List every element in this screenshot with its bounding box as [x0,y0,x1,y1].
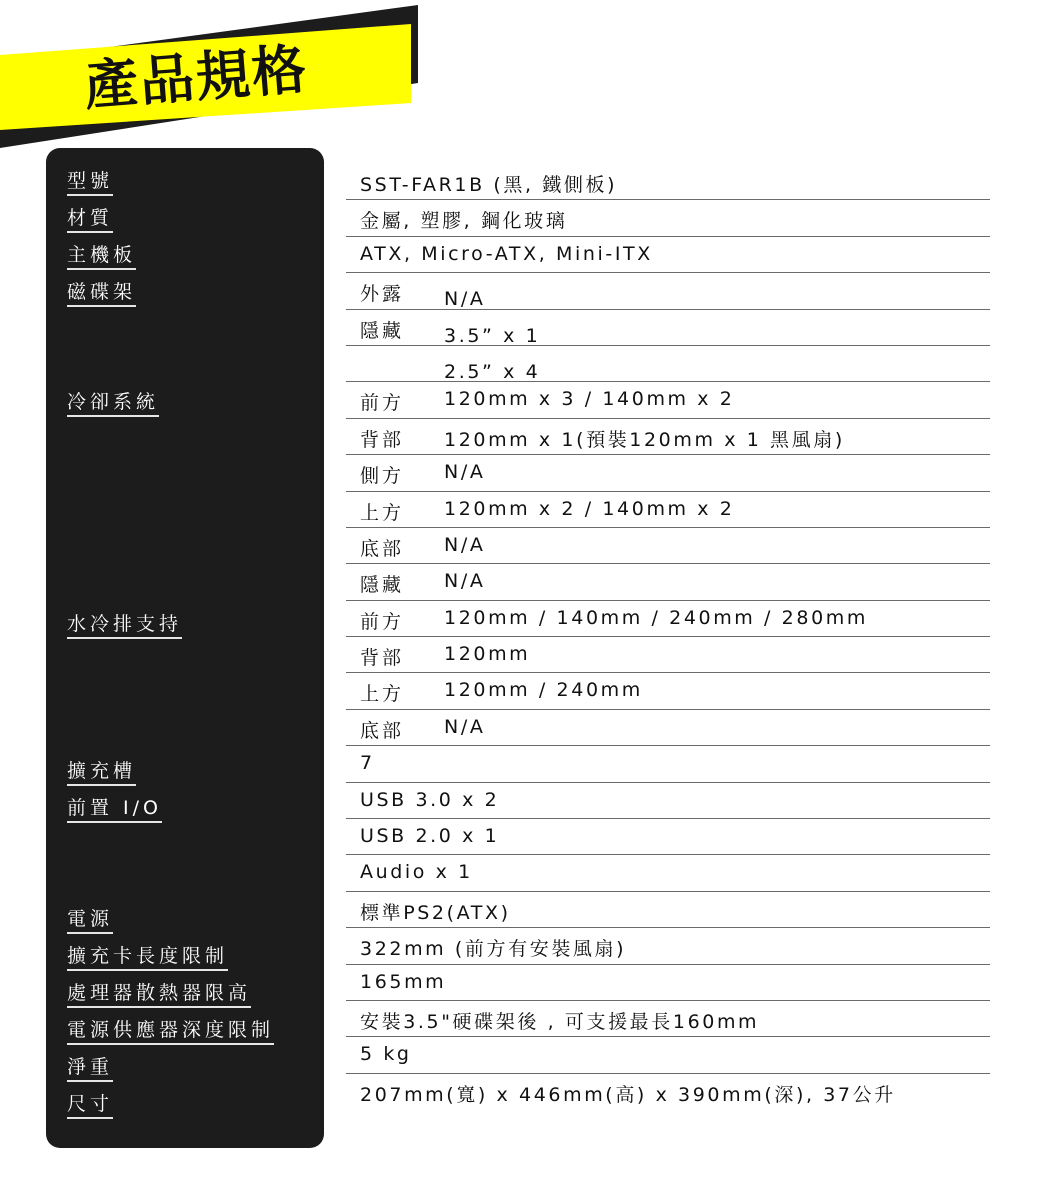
spec-value: 5 kg [360,1043,412,1065]
spec-value: 207mm(寬) x 446mm(高) x 390mm(深), 37公升 [360,1080,896,1107]
spec-category-label: 冷卻系統 [67,391,159,417]
spec-category-label: 水冷排支持 [67,613,182,639]
spec-row: 金屬, 塑膠, 鋼化玻璃 [346,200,990,236]
spec-sub-label: 隱藏 [360,316,404,343]
spec-row: 前方120mm x 3 / 140mm x 2 [346,382,990,418]
spec-value: 3.5” x 1 [444,325,540,347]
spec-row: 側方N/A [346,455,990,491]
spec-sub-label: 背部 [360,643,404,670]
spec-value: Audio x 1 [360,861,473,883]
spec-value: 金屬, 塑膠, 鋼化玻璃 [360,206,567,233]
spec-category-label: 型號 [67,170,113,196]
spec-value: 120mm / 240mm [444,679,643,701]
spec-row: 背部120mm x 1(預裝120mm x 1 黑風扇) [346,419,990,455]
spec-value: USB 2.0 x 1 [360,825,499,847]
spec-value: 2.5” x 4 [444,361,540,383]
spec-value: USB 3.0 x 2 [360,789,499,811]
spec-sub-label: 前方 [360,388,404,415]
spec-sub-label: 底部 [360,716,404,743]
spec-row: USB 3.0 x 2 [346,783,990,819]
spec-value: 120mm / 140mm / 240mm / 280mm [444,607,868,629]
spec-value: 標準PS2(ATX) [360,898,511,925]
spec-category-label: 尺寸 [67,1093,113,1119]
spec-table: SST-FAR1B (黑, 鐵側板)金屬, 塑膠, 鋼化玻璃ATX, Micro… [346,164,990,1109]
spec-category-label: 材質 [67,207,113,233]
header-banner: 產品規格 [0,0,430,160]
spec-row: 前方120mm / 140mm / 240mm / 280mm [346,601,990,637]
spec-value: 7 [360,752,375,774]
spec-row: 隱藏3.5” x 1 [346,310,990,346]
spec-value: N/A [444,461,485,483]
spec-value: 120mm [444,643,530,665]
spec-row: 上方120mm x 2 / 140mm x 2 [346,492,990,528]
spec-row: SST-FAR1B (黑, 鐵側板) [346,164,990,200]
spec-category-label: 擴充槽 [67,760,136,786]
spec-sub-label: 上方 [360,498,404,525]
spec-value: 165mm [360,971,446,993]
spec-value: ATX, Micro-ATX, Mini-ITX [360,243,653,265]
spec-row: 上方120mm / 240mm [346,673,990,709]
spec-row: 隱藏N/A [346,564,990,600]
spec-sub-label: 前方 [360,607,404,634]
spec-row: 7 [346,746,990,782]
spec-sub-label: 底部 [360,534,404,561]
spec-row: ATX, Micro-ATX, Mini-ITX [346,237,990,273]
spec-value: N/A [444,570,485,592]
spec-row: 5 kg [346,1037,990,1073]
spec-sub-label: 上方 [360,679,404,706]
spec-category-label: 磁碟架 [67,281,136,307]
spec-value: 322mm (前方有安裝風扇) [360,934,626,961]
spec-row: Audio x 1 [346,855,990,891]
spec-row: USB 2.0 x 1 [346,819,990,855]
spec-category-label: 處理器散熱器限高 [67,982,251,1008]
spec-sub-label: 側方 [360,461,404,488]
spec-row: 底部N/A [346,710,990,746]
spec-value: N/A [444,288,485,310]
spec-category-label: 擴充卡長度限制 [67,945,228,971]
spec-value: SST-FAR1B (黑, 鐵側板) [360,170,617,197]
spec-sub-label: 外露 [360,279,404,306]
spec-category-label: 淨重 [67,1056,113,1082]
spec-value: 120mm x 2 / 140mm x 2 [444,498,734,520]
spec-sub-label: 背部 [360,425,404,452]
spec-value: 120mm x 3 / 140mm x 2 [444,388,734,410]
spec-row: 安裝3.5"硬碟架後 , 可支援最長160mm [346,1001,990,1037]
spec-value: N/A [444,534,485,556]
spec-value: 120mm x 1(預裝120mm x 1 黑風扇) [444,425,845,452]
spec-category-label: 電源 [67,908,113,934]
spec-row: 標準PS2(ATX) [346,892,990,928]
spec-row: 165mm [346,965,990,1001]
spec-row: 207mm(寬) x 446mm(高) x 390mm(深), 37公升 [346,1074,990,1109]
spec-row: 2.5” x 4 [346,346,990,382]
spec-value: 安裝3.5"硬碟架後 , 可支援最長160mm [360,1007,759,1034]
spec-row: 外露N/A [346,273,990,309]
spec-category-label: 電源供應器深度限制 [67,1019,274,1045]
spec-category-label: 前置 I/O [67,797,162,823]
spec-row: 背部120mm [346,637,990,673]
spec-value: N/A [444,716,485,738]
spec-category-label: 主機板 [67,244,136,270]
spec-row: 底部N/A [346,528,990,564]
spec-row: 322mm (前方有安裝風扇) [346,928,990,964]
spec-sub-label: 隱藏 [360,570,404,597]
